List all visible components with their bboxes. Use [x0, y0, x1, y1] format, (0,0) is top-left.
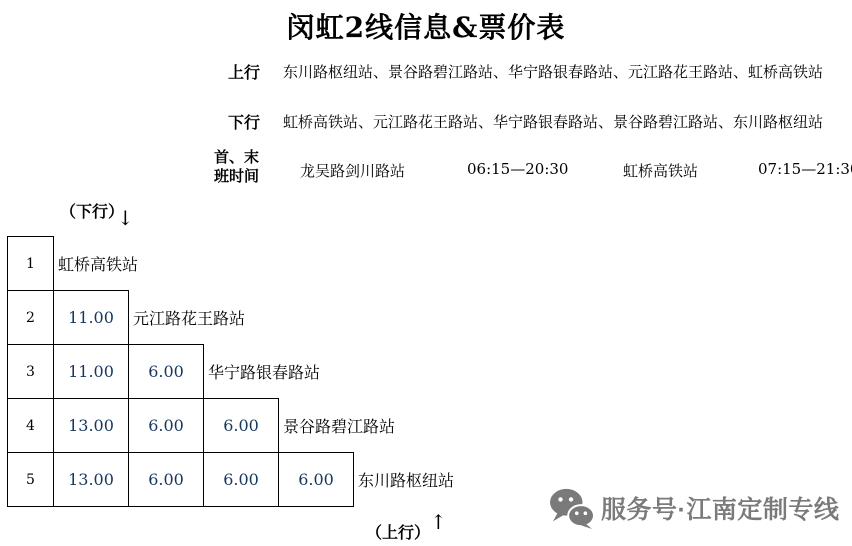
fare-value: 11.00: [68, 362, 114, 381]
schedule-label-line1: 首、末: [214, 148, 272, 167]
up-direction-stations: 东川路枢纽站、景谷路碧江路站、华宁路银春路站、元江路花王路站、虹桥高铁站: [283, 61, 828, 82]
row-index: 4: [7, 398, 54, 453]
down-direction-stations: 虹桥高铁站、元江路花王路站、华宁路银春路站、景谷路碧江路站、东川路枢纽站: [283, 111, 828, 132]
fare-value: 6.00: [148, 362, 184, 381]
page-title: 闵虹2线信息&票价表: [0, 6, 852, 46]
row-index: 5: [7, 452, 54, 507]
row-index: 3: [7, 344, 54, 399]
fare-table: 1 虹桥高铁站 2 11.00 元江路花王路站 3 11.00 6.00 华宁路…: [7, 236, 454, 507]
fare-cell: 6.00: [128, 344, 204, 399]
schedule-label: 首、末 班时间: [214, 148, 272, 186]
fare-cell: 11.00: [53, 290, 129, 345]
fare-value: 6.00: [223, 470, 259, 489]
row-index: 1: [7, 236, 54, 291]
table-row: 4 13.00 6.00 6.00 景谷路碧江路站: [7, 398, 454, 453]
station-name: 虹桥高铁站: [54, 236, 138, 291]
table-row: 5 13.00 6.00 6.00 6.00 东川路枢纽站: [7, 452, 454, 507]
station-name: 元江路花王路站: [129, 290, 245, 345]
fare-cell: 6.00: [203, 398, 279, 453]
fare-cell: 6.00: [128, 398, 204, 453]
schedule-station-1: 龙吴路剑川路站: [300, 160, 405, 181]
up-arrow-icon: ↑: [430, 512, 447, 532]
fare-cell: 6.00: [203, 452, 279, 507]
fare-value: 6.00: [148, 416, 184, 435]
down-arrow-icon: ↓: [117, 208, 134, 228]
schedule-label-line2: 班时间: [214, 167, 272, 186]
fare-value: 13.00: [68, 416, 114, 435]
fare-value: 6.00: [148, 470, 184, 489]
up-direction-label: 上行: [228, 60, 260, 83]
fare-cell: 6.00: [128, 452, 204, 507]
fare-value: 13.00: [68, 470, 114, 489]
fare-value: 6.00: [298, 470, 334, 489]
table-row: 3 11.00 6.00 华宁路银春路站: [7, 344, 454, 399]
schedule-station-2: 虹桥高铁站: [623, 160, 698, 181]
wechat-icon: [549, 487, 595, 529]
fare-cell: 6.00: [278, 452, 354, 507]
down-direction-label: 下行: [228, 110, 260, 133]
table-row: 1 虹桥高铁站: [7, 236, 454, 291]
fare-cell: 13.00: [53, 452, 129, 507]
table-up-direction-label: （上行）: [366, 520, 430, 543]
fare-value: 11.00: [68, 308, 114, 327]
station-name: 华宁路银春路站: [204, 344, 320, 399]
watermark: 服务号·江南定制专线: [549, 487, 839, 529]
fare-cell: 11.00: [53, 344, 129, 399]
table-down-direction-label: （下行）: [60, 199, 124, 222]
schedule-time-1: 06:15—20:30: [467, 160, 568, 178]
fare-value: 6.00: [223, 416, 259, 435]
fare-table-page: 闵虹2线信息&票价表 上行 东川路枢纽站、景谷路碧江路站、华宁路银春路站、元江路…: [0, 0, 852, 546]
watermark-text: 服务号·江南定制专线: [601, 490, 839, 526]
row-index: 2: [7, 290, 54, 345]
fare-cell: 13.00: [53, 398, 129, 453]
station-name: 景谷路碧江路站: [279, 398, 395, 453]
schedule-time-2: 07:15—21:30: [758, 160, 852, 178]
station-name: 东川路枢纽站: [354, 452, 454, 507]
table-row: 2 11.00 元江路花王路站: [7, 290, 454, 345]
